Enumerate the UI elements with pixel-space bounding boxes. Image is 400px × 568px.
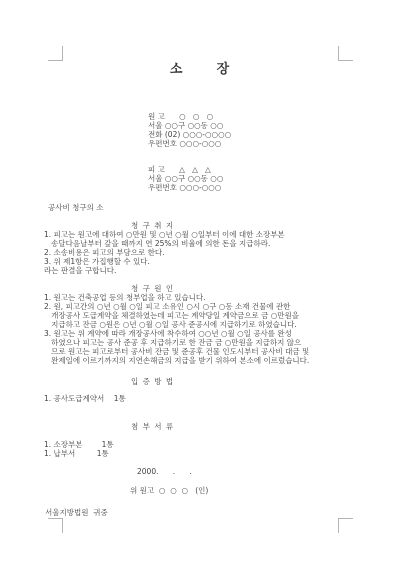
page-corner-mark-bottom-left bbox=[48, 518, 63, 533]
attachment-item: 1. 소장부본 1통 bbox=[44, 440, 114, 449]
claim-cause-line: 3. 원고는 위 계약에 따라 개장공사에 착수하여 ○○년 ○월 ○일 공사를… bbox=[44, 329, 309, 338]
defendant-name-line: 피 고 △ △ △ bbox=[148, 165, 223, 174]
claim-purpose-line: 1. 피고는 원고에 대하여 ○만원 및 ○년 ○월 ○일부터 이에 대한 소장… bbox=[44, 230, 285, 239]
claim-purpose-body: 1. 피고는 원고에 대하여 ○만원 및 ○년 ○월 ○일부터 이에 대한 소장… bbox=[44, 230, 285, 275]
claim-cause-line: 지급하고 잔금 ○원은 ○년 ○월 ○일 공사 준공시에 지급하기로 하였습니다… bbox=[44, 320, 309, 329]
claim-cause-line: 완제일에 이르기까지의 지연손해금의 지급을 받기 위하여 본소에 이르렀습니다… bbox=[44, 356, 309, 365]
defendant-address-line: 서울 ○○구 ○○동 ○○ bbox=[148, 174, 223, 183]
plaintiff-name-line: 원 고 ○ ○ ○ bbox=[148, 112, 231, 121]
claim-purpose-heading: 청 구 취 지 bbox=[131, 221, 174, 230]
case-name: 공사비 청구의 소 bbox=[48, 203, 103, 212]
attachment-item: 1. 납부서 1통 bbox=[44, 449, 114, 458]
plaintiff-address-line: 서울 ○○구 ○○동 ○○ bbox=[148, 121, 231, 130]
claim-cause-line: 개장공사 도급계약을 체결하였는데 피고는 계약당일 계약금으로 금 ○만원을 bbox=[44, 311, 309, 320]
claim-cause-line: 1. 원고는 건축공업 등의 청부업을 하고 있습니다. bbox=[44, 293, 309, 302]
defendant-zipcode-line: 우편번호 ○○○-○○○ bbox=[148, 183, 223, 192]
document-title: 소 장 bbox=[0, 58, 400, 77]
evidence-heading: 입 증 방 법 bbox=[131, 377, 174, 386]
claim-cause-line: 2. 원, 피고간의 ○년 ○월 ○일 피고 소유인 ○시 ○구 ○동 소재 건… bbox=[44, 302, 309, 311]
claim-purpose-line: 라는 판결을 구합니다. bbox=[44, 266, 285, 275]
closing-signature: 위 원고 ○ ○ ○ (인) bbox=[130, 486, 208, 495]
claim-cause-line: 므로 원고는 피고로부터 공사비 잔금 및 준공후 건물 인도시부터 공사비 대… bbox=[44, 347, 309, 356]
plaintiff-phone-line: 전화 (02) ○○○-○○○○ bbox=[148, 130, 231, 139]
evidence-item: 1. 공사도급계약서 1통 bbox=[44, 394, 126, 403]
claim-cause-heading: 청 구 원 인 bbox=[131, 284, 174, 293]
claim-cause-body: 1. 원고는 건축공업 등의 청부업을 하고 있습니다. 2. 원, 피고간의 … bbox=[44, 293, 309, 365]
evidence-list: 1. 공사도급계약서 1통 bbox=[44, 394, 126, 403]
claim-cause-line: 하였으나 피고는 공사 준공 후 지급하기로 한 잔금 금 ○만원을 지급하지 … bbox=[44, 338, 309, 347]
plaintiff-block: 원 고 ○ ○ ○ 서울 ○○구 ○○동 ○○ 전화 (02) ○○○-○○○○… bbox=[148, 112, 231, 148]
claim-purpose-line: 3. 위 제1항은 가집행할 수 있다. bbox=[44, 257, 285, 266]
plaintiff-zipcode-line: 우편번호 ○○○-○○○ bbox=[148, 139, 231, 148]
closing-date: 2000. . . bbox=[137, 467, 192, 476]
claim-purpose-line: 2. 소송비용은 피고의 부담으로 한다. bbox=[44, 248, 285, 257]
closing-court: 서울지방법원 귀중 bbox=[45, 508, 108, 517]
page-corner-mark-bottom-right bbox=[338, 518, 353, 533]
attachments-heading: 첨 부 서 류 bbox=[131, 422, 174, 431]
complaint-document-page: 소 장 원 고 ○ ○ ○ 서울 ○○구 ○○동 ○○ 전화 (02) ○○○-… bbox=[0, 0, 400, 568]
defendant-block: 피 고 △ △ △ 서울 ○○구 ○○동 ○○ 우편번호 ○○○-○○○ bbox=[148, 165, 223, 192]
claim-purpose-line: 송달다음날부터 갚을 때까지 연 25%의 비율에 의한 돈을 지급하라. bbox=[44, 239, 285, 248]
attachments-list: 1. 소장부본 1통 1. 납부서 1통 bbox=[44, 440, 114, 458]
